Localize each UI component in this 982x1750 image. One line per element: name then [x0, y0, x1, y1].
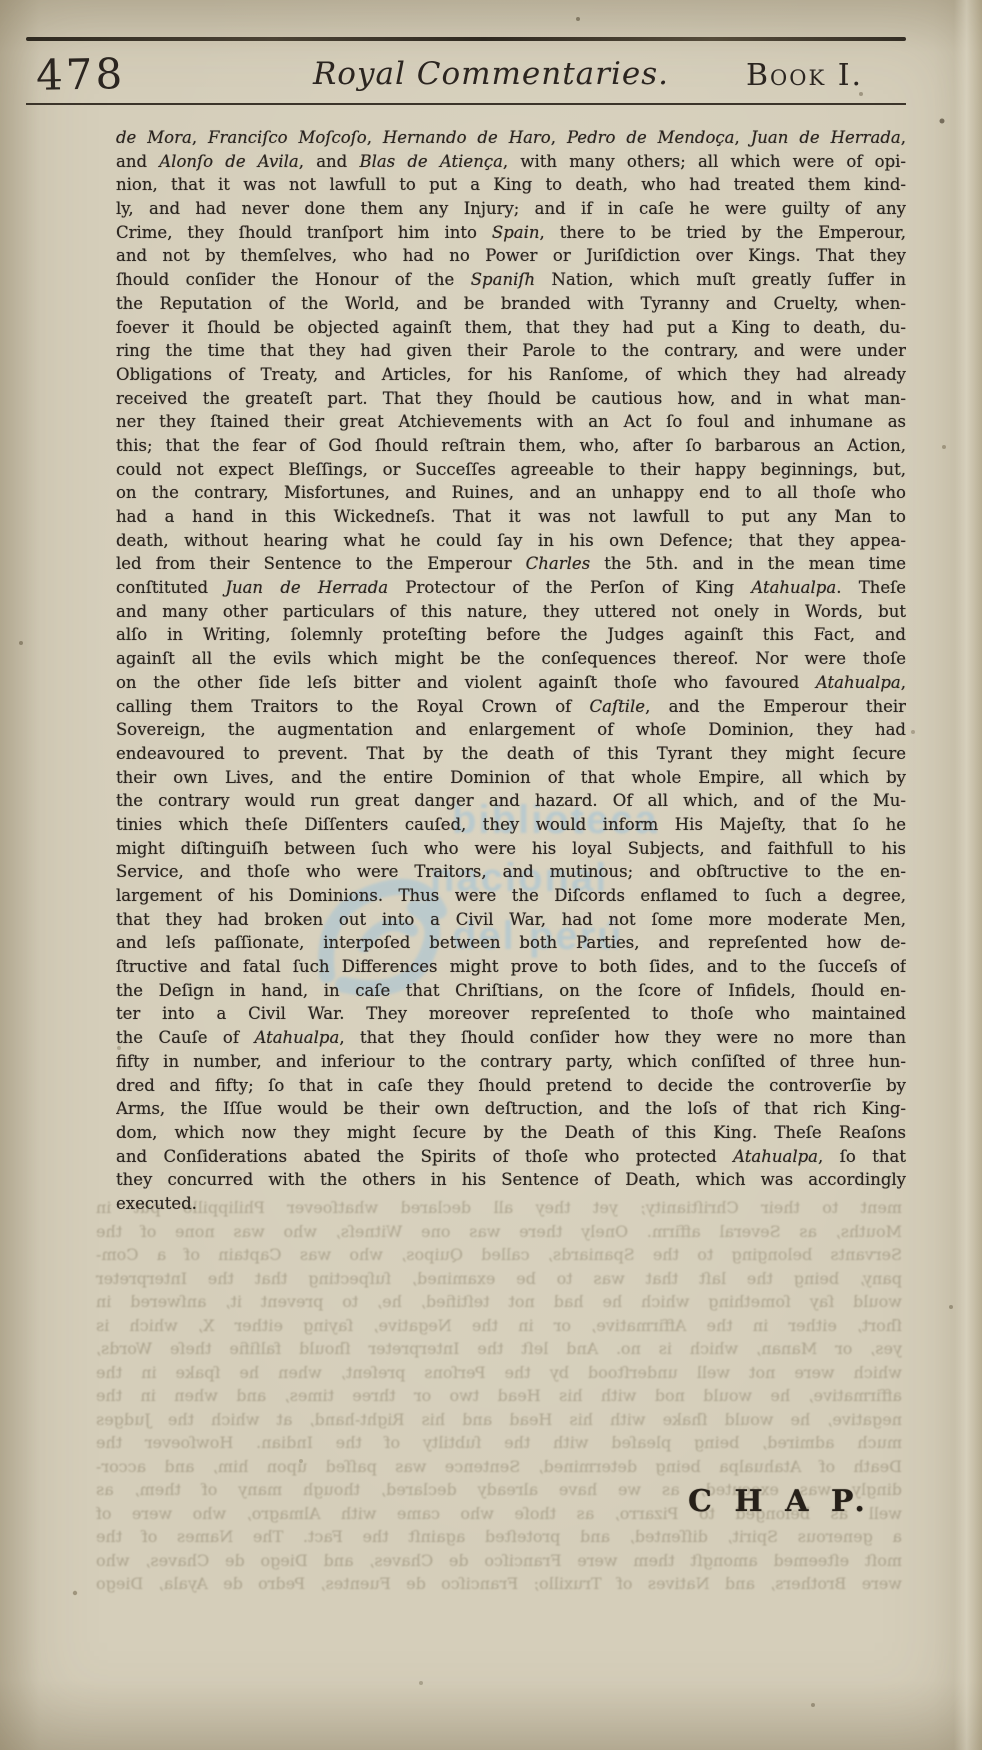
body-text-line: might diſtinguiſh between ſuch who were … — [116, 837, 906, 861]
bleedthrough-line: much admired, being pleaſed with the ſub… — [96, 1431, 902, 1455]
body-text-line: foever it ſhould be objected againſt the… — [116, 316, 906, 340]
body-text-line: and leſs paſſionate, interpoſed between … — [116, 931, 906, 955]
body-text-line: ter into a Civil War. They moreover repr… — [116, 1002, 906, 1026]
bleedthrough-line: Servants belonging to the Spaniards, cal… — [96, 1243, 902, 1267]
body-text-line: the Deſign in hand, in caſe that Chriſti… — [116, 979, 906, 1003]
body-text-line: Crime, they ſhould tranſport him into Sp… — [116, 221, 906, 245]
bleedthrough-text: ment to their Chriſtianity; yet they all… — [96, 1196, 902, 1596]
body-text-line: Obligations of Treaty, and Articles, for… — [116, 363, 906, 387]
body-text-line: death, without hearing what he could ſay… — [116, 529, 906, 553]
bleedthrough-line: Mouths, as Several affirm. Onely there w… — [96, 1220, 902, 1244]
header-top-rule — [26, 37, 906, 41]
bleedthrough-line: affirmative, he would nod with his Head … — [96, 1384, 902, 1408]
body-text-line: de Mora, Franciſco Moſcoſo, Hernando de … — [116, 126, 906, 150]
body-text-line: largement of his Dominions. Thus were th… — [116, 884, 906, 908]
body-text-line: Sovereign, the augmentation and enlargem… — [116, 718, 906, 742]
bleedthrough-line: negative, he would ſhake with his Head a… — [96, 1408, 902, 1432]
body-text-line: ring the time that they had given their … — [116, 339, 906, 363]
body-text-line: the Cauſe of Atahualpa, that they ſhould… — [116, 1026, 906, 1050]
body-text-line: on the contrary, Misfortunes, and Ruines… — [116, 481, 906, 505]
body-text-line: alſo in Writing, ſolemnly proteſting bef… — [116, 623, 906, 647]
body-text-line: endeavoured to prevent. That by the deat… — [116, 742, 906, 766]
body-text-line: ly, and had never done them any Injury; … — [116, 197, 906, 221]
body-text-line: dred and fifty; ſo that in caſe they ſho… — [116, 1074, 906, 1098]
body-text-line: and many other particulars of this natur… — [116, 600, 906, 624]
body-text-line: had a hand in this Wickedneſs. That it w… — [116, 505, 906, 529]
body-text-line: tinies which theſe Diſſenters cauſed, th… — [116, 813, 906, 837]
body-text-line: on the other ſide leſs bitter and violen… — [116, 671, 906, 695]
body-text-line: calling them Traitors to the Royal Crown… — [116, 695, 906, 719]
body-text-line: executed. — [116, 1192, 906, 1216]
body-text-line: conſtituted Juan de Herrada Protectour o… — [116, 576, 906, 600]
body-text-line: nion, that it was not lawfull to put a K… — [116, 173, 906, 197]
body-text-line: received the greateſt part. That they ſh… — [116, 387, 906, 411]
bleedthrough-line: pany, being the laſt that was to be exam… — [96, 1267, 902, 1291]
book-label: Book I. — [746, 58, 863, 93]
body-text-line: they concurred with the others in his Se… — [116, 1168, 906, 1192]
body-text-line: and Alonſo de Avila, and Blas de Atiença… — [116, 150, 906, 174]
body-text-line: led from their Sentence to the Emperour … — [116, 552, 906, 576]
bleedthrough-line: ſhort, either in the Affirmative, or in … — [96, 1314, 902, 1338]
bleedthrough-line: were Brothers, and Natives of Truxillo; … — [96, 1572, 902, 1596]
body-text-line: Service, and thoſe who were Traitors, an… — [116, 860, 906, 884]
page-text: de Mora, Franciſco Moſcoſo, Hernando de … — [116, 126, 906, 1216]
bleedthrough-line: yes, or Manan, which is no. And leſt the… — [96, 1337, 902, 1361]
header-bottom-rule — [26, 103, 906, 105]
body-text-line: their own Lives, and the entire Dominion… — [116, 766, 906, 790]
body-text-line: and Conſiderations abated the Spirits of… — [116, 1145, 906, 1169]
body-text-line: Arms, the Iſſue would be their own deſtr… — [116, 1097, 906, 1121]
bleedthrough-line: moſt eſteemed amongſt them were Franciſc… — [96, 1549, 902, 1573]
body-text-line: ſhould conſider the Honour of the Spaniſ… — [116, 268, 906, 292]
body-text-line: dom, which now they might ſecure by the … — [116, 1121, 906, 1145]
paper-specks — [0, 0, 2, 2]
chapter-catchword: C H A P. — [688, 1484, 871, 1519]
body-text-line: could not expect Bleſſings, or Succeſſes… — [116, 458, 906, 482]
body-text-line: the contrary would run great danger and … — [116, 789, 906, 813]
body-text-line: ner they ſtained their great Atchievemen… — [116, 410, 906, 434]
bleedthrough-line: Death of Atahualpa being determined, Sen… — [96, 1455, 902, 1479]
body-text-line: againſt all the evils which might be the… — [116, 647, 906, 671]
body-text-line: and not by themſelves, who had no Power … — [116, 244, 906, 268]
body-text-line: this; that the fear of God ſhould reſtra… — [116, 434, 906, 458]
bleedthrough-line: a generous Spirit, diſſented, and proteſ… — [96, 1525, 902, 1549]
book-page-scan: biblioteca nacional del perú ment to the… — [0, 0, 982, 1750]
body-text-line: the Reputation of the World, and be bran… — [116, 292, 906, 316]
body-text-line: fifty in number, and inferiour to the co… — [116, 1050, 906, 1074]
page-edge-shading — [954, 0, 982, 1750]
body-text-line: ſtructive and fatal ſuch Differences mig… — [116, 955, 906, 979]
bleedthrough-line: which were not well underſtood by the Pe… — [96, 1361, 902, 1385]
bleedthrough-line: would ſay ſomething which he had not teſ… — [96, 1290, 902, 1314]
body-text-line: that they had broken out into a Civil Wa… — [116, 908, 906, 932]
